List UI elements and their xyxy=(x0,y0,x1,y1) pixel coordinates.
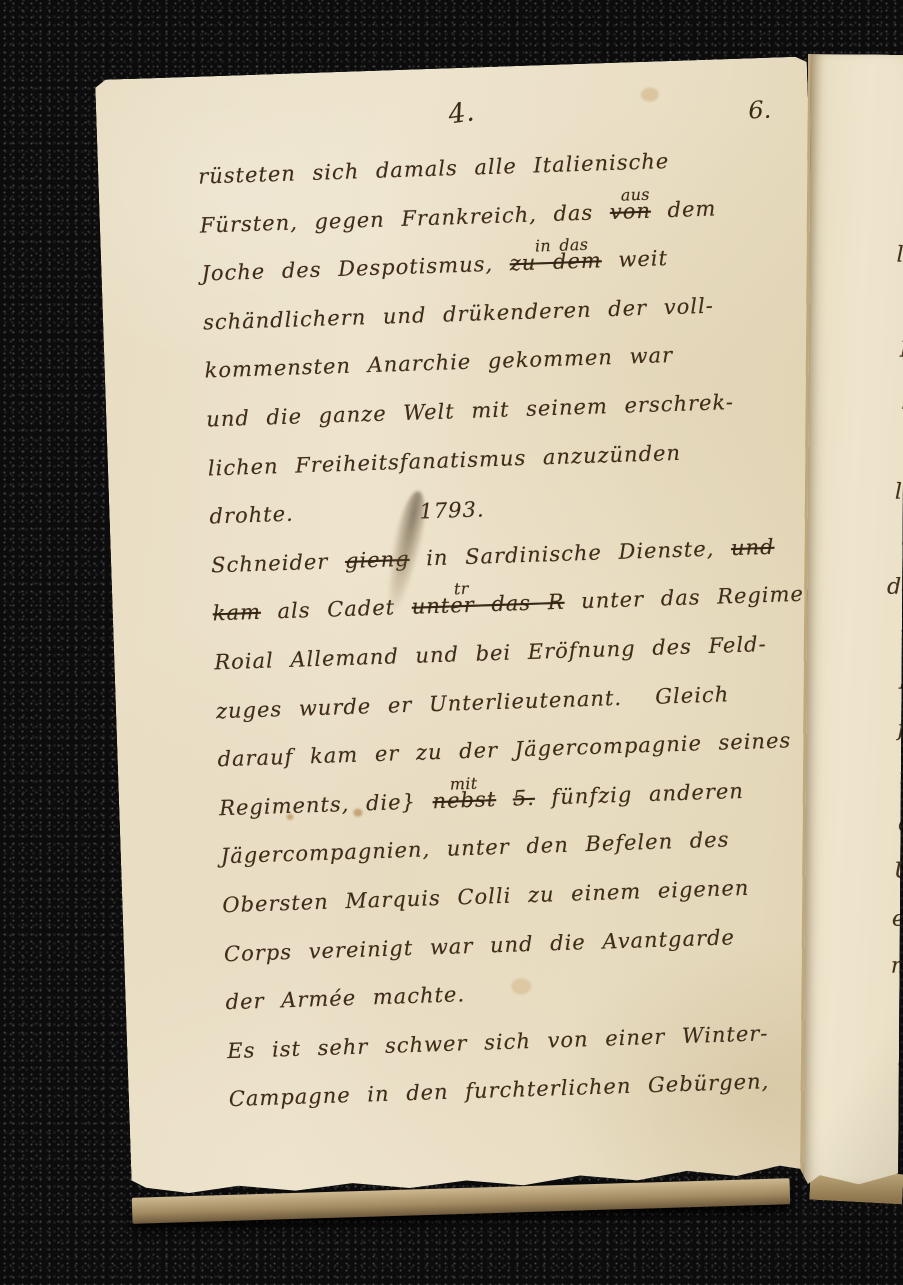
inserted-text: in das xyxy=(535,235,589,256)
edited-phrase: mitnebst xyxy=(432,787,496,813)
strikethrough-text: unter das R xyxy=(411,590,565,619)
stain-spot xyxy=(641,87,659,102)
cutoff-text-fragment: B xyxy=(870,338,903,386)
fragment-lines: aleaBgrleadauPffndUeimca xyxy=(853,195,903,1096)
cutoff-text-fragment: da xyxy=(868,575,903,623)
cutoff-text-fragment: ff xyxy=(867,717,903,765)
page-number: 6. xyxy=(748,96,772,125)
strikethrough-text: kam xyxy=(212,600,261,626)
cutoff-text-fragment: a xyxy=(870,290,903,338)
text-segment xyxy=(496,786,513,811)
text-segment: drohte. xyxy=(209,502,294,529)
cutoff-text-fragment: le xyxy=(869,480,903,528)
cutoff-text-fragment: U xyxy=(866,859,903,907)
cutoff-text-fragment: n xyxy=(867,764,903,812)
next-page-edge: aleaBgrleadauPffndUeimca xyxy=(800,54,903,1185)
year-heading: 1793. xyxy=(419,497,485,523)
cutoff-text-fragment: a xyxy=(868,527,903,575)
cutoff-text-fragment: g xyxy=(869,385,903,433)
cutoff-text-fragment: ei xyxy=(866,906,903,954)
strikethrough-text: 5. xyxy=(512,786,535,811)
edited-phrase: ausvon xyxy=(609,198,651,223)
cutoff-text-fragment: a xyxy=(865,1048,903,1096)
manuscript-page: 4. 6. rüsteten sich damals alle Italieni… xyxy=(95,56,844,1199)
inserted-text: aus xyxy=(620,184,650,204)
text-segment: Schneider xyxy=(211,549,346,577)
cutoff-text-fragment: P xyxy=(867,669,903,717)
edited-phrase: in daszu dem xyxy=(509,248,602,275)
edited-phrase: trunter das R xyxy=(411,590,565,619)
folio-mark: 4. xyxy=(446,96,476,130)
photo-background: 4. 6. rüsteten sich damals alle Italieni… xyxy=(0,0,903,1285)
text-segment: weit xyxy=(601,246,668,272)
cutoff-text-fragment: m xyxy=(865,954,903,1002)
cutoff-text-fragment: u xyxy=(868,622,903,670)
cutoff-text-fragment: a xyxy=(871,195,903,243)
strikethrough-text: und xyxy=(731,534,775,559)
text-segment: rüsteten sich damals alle Italienische xyxy=(198,149,670,189)
inserted-text: tr xyxy=(454,579,469,598)
cutoff-text-fragment: c xyxy=(865,1001,903,1049)
text-segment: dem xyxy=(650,196,716,222)
cutoff-text-fragment: le xyxy=(870,243,903,291)
inserted-text: mit xyxy=(449,773,477,793)
cutoff-text-fragment: r xyxy=(869,432,903,480)
cutoff-text-fragment: d xyxy=(866,812,903,860)
